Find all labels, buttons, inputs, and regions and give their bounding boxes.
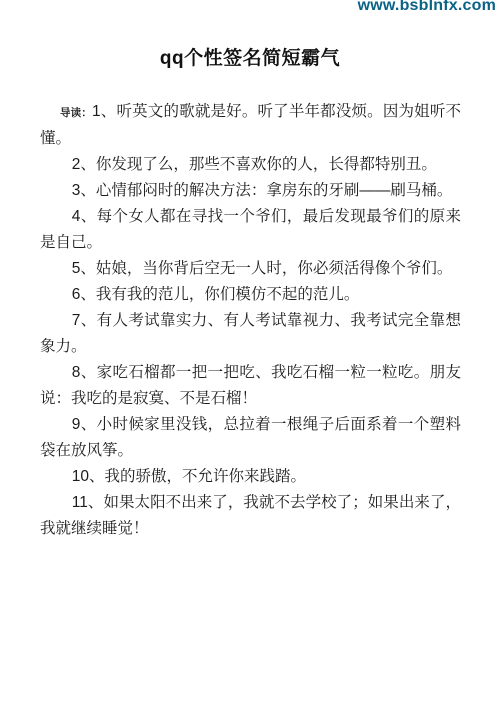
page-title: qq个性签名简短霸气 (0, 43, 500, 70)
lead-label: 导读： (60, 107, 92, 119)
signature-item: 5、姑娘，当你背后空无一人时，你必须活得像个爷们。 (40, 256, 461, 282)
signature-item: 6、我有我的范儿，你们模仿不起的范儿。 (40, 282, 461, 308)
signature-item: 2、你发现了么，那些不喜欢你的人，长得都特别丑。 (40, 152, 461, 178)
document-page: www.bsblnfx.com qq个性签名简短霸气 导读：1、听英文的歌就是好… (0, 0, 500, 707)
site-url-link[interactable]: www.bsblnfx.com (358, 0, 496, 15)
lead-paragraph: 导读：1、听英文的歌就是好。听了半年都没烦。因为姐听不懂。 (40, 99, 461, 152)
signature-item: 10、我的骄傲，不允许你来践踏。 (40, 464, 461, 490)
signature-item: 8、家吃石榴都一把一把吃、我吃石榴一粒一粒吃。朋友说：我吃的是寂寞、不是石榴！ (40, 360, 461, 412)
article-body: 导读：1、听英文的歌就是好。听了半年都没烦。因为姐听不懂。 2、你发现了么，那些… (0, 99, 500, 542)
signature-item: 4、每个女人都在寻找一个爷们，最后发现最爷们的原来是自己。 (40, 204, 461, 256)
lead-text: 1、听英文的歌就是好。听了半年都没烦。因为姐听不懂。 (40, 103, 461, 147)
signature-item: 3、心情郁闷时的解决方法：拿房东的牙刷——刷马桶。 (40, 178, 461, 204)
signature-item: 9、小时候家里没钱，总拉着一根绳子后面系着一个塑料袋在放风筝。 (40, 412, 461, 464)
signature-item: 7、有人考试靠实力、有人考试靠视力、我考试完全靠想象力。 (40, 308, 461, 360)
signature-item: 11、如果太阳不出来了，我就不去学校了；如果出来了，我就继续睡觉！ (40, 490, 461, 542)
